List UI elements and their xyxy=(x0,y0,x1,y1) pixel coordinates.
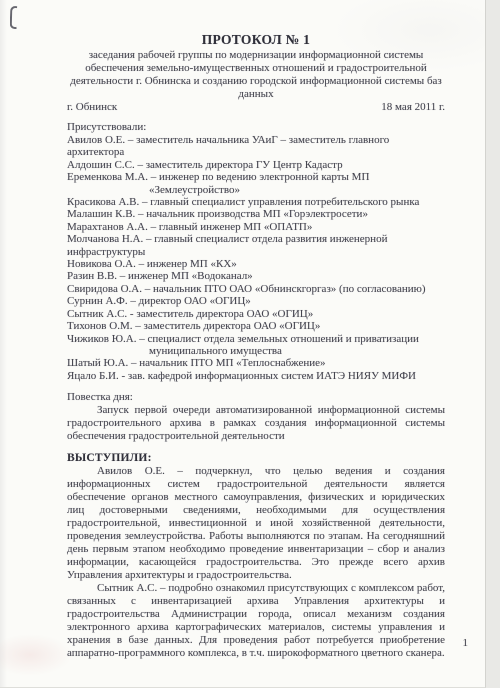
attendee-line: Чижиков Ю.А. – специалист отдела земельн… xyxy=(67,333,445,345)
place-date-row: г. Обнинск 18 мая 2011 г. xyxy=(67,101,445,114)
attendee-line: Молчанова Н.А. – главный специалист отде… xyxy=(67,233,445,245)
corner-bracket-mark xyxy=(10,6,18,29)
agenda-heading: Повестка дня: xyxy=(67,391,445,404)
speech-paragraph: Авилов О.Е. – подчеркнул, что целью веде… xyxy=(67,465,445,582)
attendee-line: Еременкова М.А. – инженер по ведению эле… xyxy=(67,171,445,183)
agenda-text: Запуск первой очереди автоматизированной… xyxy=(67,404,445,443)
attendee-line: Тихонов О.М. – заместитель директора ОАО… xyxy=(67,320,445,332)
speeches-section: ВЫСТУПИЛИ: Авилов О.Е. – подчеркнул, что… xyxy=(67,452,445,660)
document-title: ПРОТОКОЛ № 1 xyxy=(67,32,445,47)
attendee-line: Красикова А.В. – главный специалист упра… xyxy=(67,196,445,208)
attendee-line: Авилов О.Е. – заместитель начальника УАи… xyxy=(67,134,445,159)
attendee-line: инфраструктуры xyxy=(67,246,445,258)
attendees-list: Авилов О.Е. – заместитель начальника УАи… xyxy=(67,134,445,382)
attendee-line: Яцало Б.И. - зав. кафедрой информационны… xyxy=(67,370,445,382)
attendee-line: Сурнин А.Ф. – директор ОАО «ОГИЦ» xyxy=(67,295,445,307)
attendee-line: Марахтанов А.А. – главный инженер МП «ОП… xyxy=(67,221,445,233)
speeches-paragraphs: Авилов О.Е. – подчеркнул, что целью веде… xyxy=(67,465,445,660)
scan-background: ПРОТОКОЛ № 1 заседания рабочей группы по… xyxy=(0,0,500,688)
attendee-line: Сытник А.С. - заместитель директора ОАО … xyxy=(67,308,445,320)
attendees-heading: Присутствовали: xyxy=(67,121,445,134)
attendee-line: Свиридова О.А. – начальник ПТО ОАО «Обни… xyxy=(67,283,445,295)
attendee-line: Шатый Ю.А. – начальник ПТО МП «Теплоснаб… xyxy=(67,357,445,369)
attendee-line: муниципального имущества xyxy=(67,345,445,357)
agenda-section: Повестка дня: Запуск первой очереди авто… xyxy=(67,391,445,443)
document-subtitle: заседания рабочей группы по модернизации… xyxy=(67,49,445,101)
attendee-line: Алдошин С.С. – заместитель директора ГУ … xyxy=(67,159,445,171)
speech-paragraph: Сытник А.С. – подробно ознакомил присутс… xyxy=(67,582,445,660)
page-number: 1 xyxy=(463,637,469,650)
attendees-section: Присутствовали: Авилов О.Е. – заместител… xyxy=(67,121,445,382)
attendee-line: Разин В.В. – инженер МП «Водоканал» xyxy=(67,270,445,282)
attendee-line: «Землеустройство» xyxy=(67,184,445,196)
document-place: г. Обнинск xyxy=(67,101,117,114)
document-date: 18 мая 2011 г. xyxy=(381,101,445,114)
document-page: ПРОТОКОЛ № 1 заседания рабочей группы по… xyxy=(0,0,486,688)
attendee-line: Малашин К.В. – начальник производства МП… xyxy=(67,208,445,220)
attendee-line: Новикова О.А. – инженер МП «КХ» xyxy=(67,258,445,270)
speeches-heading: ВЫСТУПИЛИ: xyxy=(67,452,445,465)
